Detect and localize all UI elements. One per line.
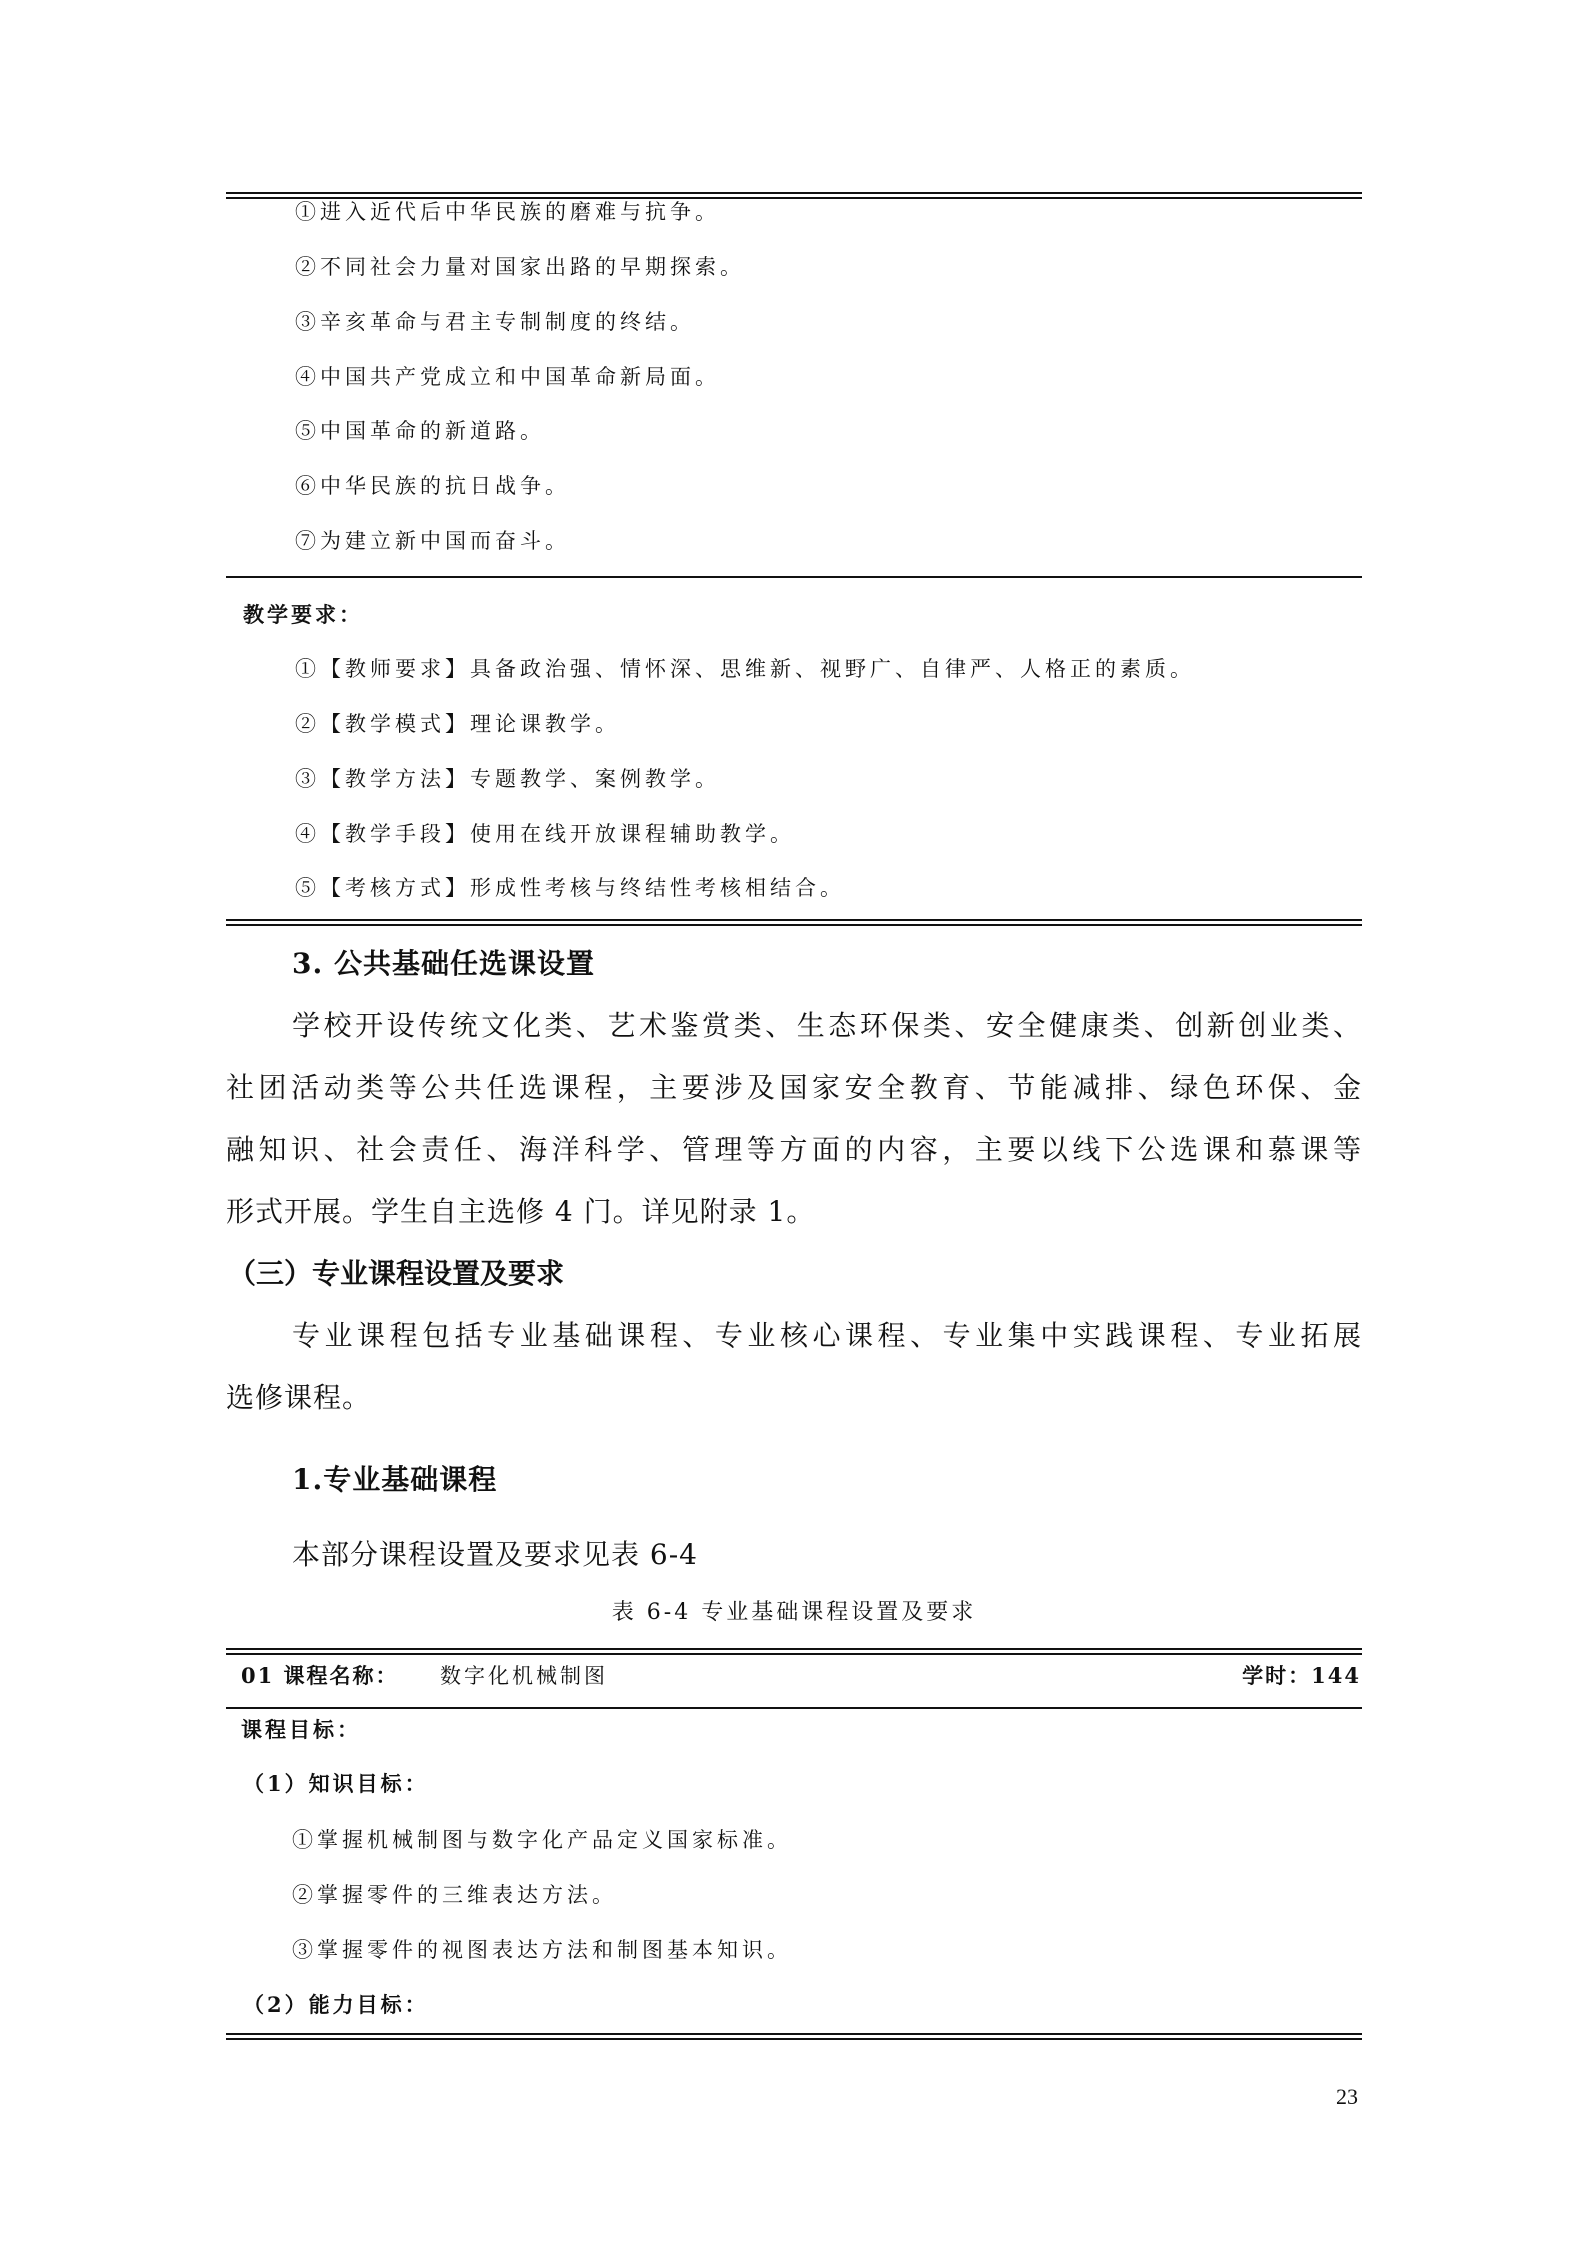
requirement-item: ②【教学模式】理论课教学。 (295, 710, 620, 738)
requirement-item: ④【教学手段】使用在线开放课程辅助教学。 (295, 820, 795, 848)
course-table-bottom-double-rule (226, 2033, 1362, 2040)
paragraph-line: 选修课程。 (226, 1380, 371, 1416)
knowledge-item: ②掌握零件的三维表达方法。 (292, 1881, 617, 1909)
course-name: 数字化机械制图 (440, 1662, 608, 1690)
content-item: ④中国共产党成立和中国革命新局面。 (295, 363, 720, 391)
course-table-header-divider (226, 1707, 1362, 1709)
subheading-professional-basic: 1.专业基础课程 (292, 1462, 497, 1498)
teaching-requirements-label: 教学要求： (243, 601, 363, 629)
content-item: ⑥中华民族的抗日战争。 (295, 472, 570, 500)
section-heading-public-elective: 3. 公共基础任选课设置 (292, 946, 595, 982)
course-objectives-label: 课程目标： (241, 1716, 361, 1744)
paragraph-line: 社团活动类等公共任选课程，主要涉及国家安全教育、节能减排、绿色环保、金 (226, 1070, 1362, 1106)
ability-objectives-label: （2）能力目标： (243, 1991, 429, 2019)
section-heading-professional-courses: （三）专业课程设置及要求 (228, 1256, 564, 1292)
course-hours: 学时：144 (1242, 1662, 1361, 1690)
paragraph-line: 学校开设传统文化类、艺术鉴赏类、生态环保类、安全健康类、创新创业类、 (292, 1008, 1362, 1044)
requirement-item: ③【教学方法】专题教学、案例教学。 (295, 765, 720, 793)
table-caption: 表 6-4 专业基础课程设置及要求 (226, 1599, 1362, 1627)
requirement-item: ⑤【考核方式】形成性考核与终结性考核相结合。 (295, 874, 845, 902)
course-number-label: 01 课程名称： (241, 1662, 399, 1690)
knowledge-item: ①掌握机械制图与数字化产品定义国家标准。 (292, 1826, 792, 1854)
knowledge-item: ③掌握零件的视图表达方法和制图基本知识。 (292, 1936, 792, 1964)
paragraph-line: 专业课程包括专业基础课程、专业核心课程、专业集中实践课程、专业拓展 (292, 1318, 1362, 1354)
page-number: 23 (1336, 2084, 1358, 2110)
paragraph-line: 融知识、社会责任、海洋科学、管理等方面的内容，主要以线下公选课和慕课等 (226, 1132, 1362, 1168)
content-item: ①进入近代后中华民族的磨难与抗争。 (295, 198, 720, 226)
table-row-divider (226, 576, 1362, 578)
course-table-top-double-rule (226, 1648, 1362, 1655)
content-item: ③辛亥革命与君主专制制度的终结。 (295, 308, 695, 336)
paragraph-line: 形式开展。学生自主选修 4 门。详见附录 1。 (226, 1194, 815, 1230)
content-item: ⑤中国革命的新道路。 (295, 417, 545, 445)
table-bottom-double-rule (226, 919, 1362, 926)
requirement-item: ①【教师要求】具备政治强、情怀深、思维新、视野广、自律严、人格正的素质。 (295, 655, 1195, 683)
content-item: ②不同社会力量对国家出路的早期探索。 (295, 253, 745, 281)
content-item: ⑦为建立新中国而奋斗。 (295, 527, 570, 555)
knowledge-objectives-label: （1）知识目标： (243, 1770, 429, 1798)
table-intro-text: 本部分课程设置及要求见表 6-4 (292, 1537, 698, 1573)
